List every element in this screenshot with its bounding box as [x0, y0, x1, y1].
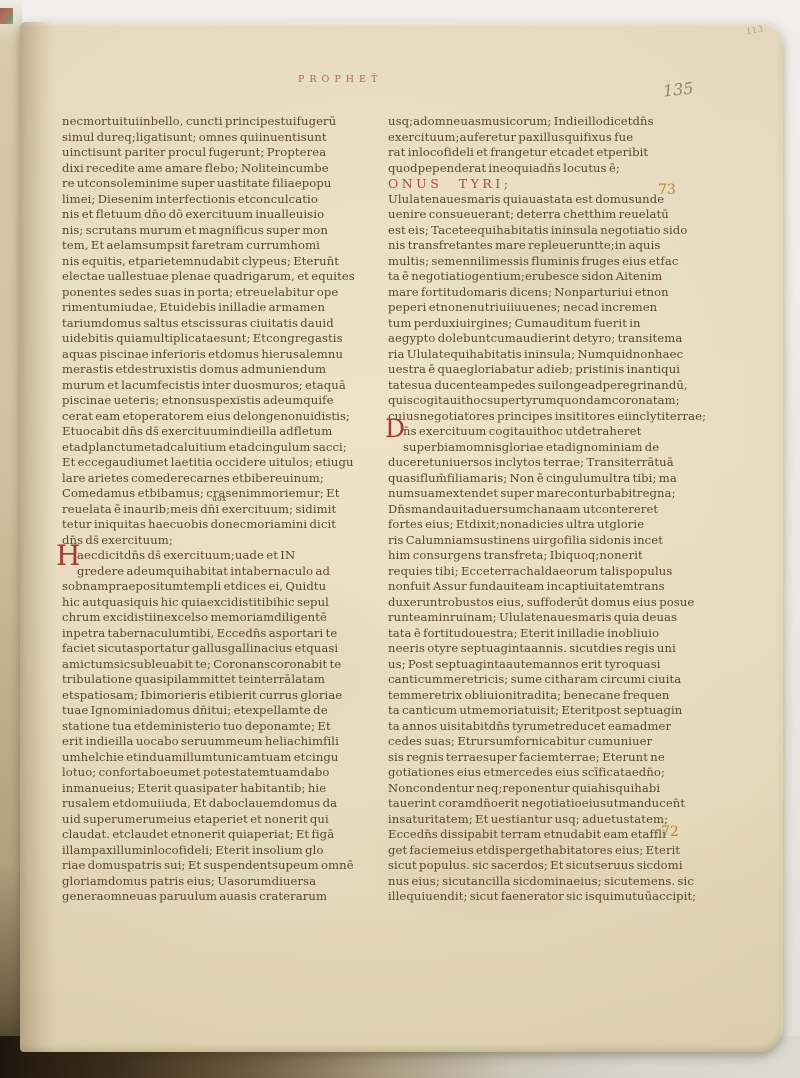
text-line: gloriamdomus patris eius; Uasorumdiuersa: [62, 874, 394, 890]
edge-decoration: [0, 8, 13, 24]
text-line: n̄s exercituum cogitauithoc utdetraheret: [388, 424, 718, 440]
text-line: amictumsicsubleuabit te; Coronanscoronab…: [62, 657, 394, 673]
text-line: cedes suas; Etrursumfornicabitur cumuniu…: [388, 734, 718, 750]
text-line: tariumdomus saltus etscissuras ciuitatis…: [62, 316, 394, 332]
text-line: canticummeretricis; sume citharam circum…: [388, 672, 718, 688]
text-line: etadplanctumetadcaluitium etadcingulum s…: [62, 440, 394, 456]
text-line: nis equitis, etparietemnudabit clypeus; …: [62, 254, 394, 270]
text-column-left: H uox necmortuituiinbello, cuncti princi…: [62, 114, 394, 905]
running-title: PROPHET̄: [298, 74, 382, 85]
text-line: dn̄s ds̄ exercituum;: [62, 533, 394, 549]
text-line: faciet sicutasportatur gallusgallinacius…: [62, 641, 394, 657]
text-line: ria Ululatequihabitatis ininsula; Numqui…: [388, 347, 718, 363]
text-line: tauerint coramdn̄oerit negotiatioeiusutm…: [388, 796, 718, 812]
text-line: quasiflum̄filiamaris; Non ē cingulumultr…: [388, 471, 718, 487]
interlinear-correction: uox: [212, 494, 226, 503]
text-line: ponentes sedes suas in porta; etreuelabi…: [62, 285, 394, 301]
text-line: get faciemeius etdispergethabitatores ei…: [388, 843, 718, 859]
text-line: Et eccegaudiumet laetitia occidere uitul…: [62, 455, 394, 471]
text-line: rimentumiudae, Etuidebis inilladie armam…: [62, 300, 394, 316]
chapter-heading: ONUS TYRI;: [388, 176, 718, 192]
text-line: uid superumerumeius etaperiet et nonerit…: [62, 812, 394, 828]
text-line: gotiationes eius etmercedes eius scīfica…: [388, 765, 718, 781]
text-line: uenire consueuerant; deterra chetthim re…: [388, 207, 718, 223]
text-line: tetur iniquitas haecuobis donecmoriamini…: [62, 517, 394, 533]
text-line: rusalem etdomuiiuda, Et daboclauemdomus …: [62, 796, 394, 812]
text-line: neeris otyre septuagintaannis. sicutdies…: [388, 641, 718, 657]
text-line: him consurgens transfreta; Ibiquoq;noner…: [388, 548, 718, 564]
text-line: limei; Diesenim interfectionis etconculc…: [62, 192, 394, 208]
text-column-right: usq;adomneuasmusicorum; Indieillodicetdn…: [388, 114, 718, 905]
text-line: merastis etdestruxistis domus admuniendu…: [62, 362, 394, 378]
text-line: nis transfretantes mare repleueruntte;in…: [388, 238, 718, 254]
text-line: ta annos uisitabitdn̄s tyrumetreducet ea…: [388, 719, 718, 735]
text-line: piscinae ueteris; etnonsuspexistis adeum…: [62, 393, 394, 409]
text-line: Comedamus etbibamus; crasenimmoriemur; E…: [62, 486, 394, 502]
text-line: multis; semennilimessis fluminis fruges …: [388, 254, 718, 270]
text-line: chrum excidistiinexcelso memoriamdiligen…: [62, 610, 394, 626]
text-line: etspatiosam; Ibimorieris etibierit curru…: [62, 688, 394, 704]
text-line: nonfuit Assur fundauiteam incaptiuitatem…: [388, 579, 718, 595]
text-line: cuiusnegotiatores principes insititores …: [388, 409, 718, 425]
text-line: statione tua etdeministerio tuo deponamt…: [62, 719, 394, 735]
text-line: numsuamextendet super mareconturbabitreg…: [388, 486, 718, 502]
text-line: mare fortitudomaris dicens; Nonparturiui…: [388, 285, 718, 301]
text-line: fortes eius; Etdixit;nonadicies ultra ut…: [388, 517, 718, 533]
text-line: us; Post septuagintaautemannos erit tyro…: [388, 657, 718, 673]
text-line: re utconsoleminime super uastitate filia…: [62, 176, 394, 192]
text-line: duxeruntrobustos eius, suffoderūt domus …: [388, 595, 718, 611]
text-line: runteaminruinam; Ululatenauesmaris quia …: [388, 610, 718, 626]
text-line: necmortuituiinbello, cuncti principestui…: [62, 114, 394, 130]
text-line: exercituum;auferetur paxillusquifixus fu…: [388, 130, 718, 146]
text-line: uinctisunt pariter procul fugerunt; Prop…: [62, 145, 394, 161]
text-line: aegypto dolebuntcumaudierint detyro; tra…: [388, 331, 718, 347]
text-line: riae domuspatris sui; Et suspendentsupeu…: [62, 858, 394, 874]
text-line: inmanueius; Eterit quasipater habitantib…: [62, 781, 394, 797]
text-line: sicut populus. sic sacerdos; Et sicutser…: [388, 858, 718, 874]
folio-number-pencil: 113: [745, 25, 764, 38]
text-line: gredere adeumquihabitat intabernaculo ad: [62, 564, 394, 580]
text-line: lare arietes comederecarnes etbibereuinu…: [62, 471, 394, 487]
text-line: reuelata ē inaurib;meis dn̄i exercituum;…: [62, 502, 394, 518]
photo-background: PROPHET̄ 113 135 73 72 H uox necmortuitu…: [0, 0, 800, 1078]
text-line: cerat eam etoperatorem eius delongenonui…: [62, 409, 394, 425]
text-line: ta canticum utmemoriatuisit; Eteritpost …: [388, 703, 718, 719]
text-line: Noncondentur neq;reponentur quiahisquiha…: [388, 781, 718, 797]
text-line: electae uallestuae plenae quadrigarum, e…: [62, 269, 394, 285]
text-line: rat inlocofideli et frangetur etcadet et…: [388, 145, 718, 161]
text-line: erit indieilla uocabo seruummeum heliach…: [62, 734, 394, 750]
text-line: illequiuendit; sicut faenerator sic isqu…: [388, 889, 718, 905]
folio-number-ink: 135: [662, 78, 694, 100]
rubricated-initial-H: H: [56, 542, 80, 570]
text-line: insaturitatem; Et uestiantur usq; aduetu…: [388, 812, 718, 828]
manuscript-page: PROPHET̄ 113 135 73 72 H uox necmortuitu…: [20, 22, 783, 1052]
text-line: quiscogitauithocsupertyrumquondamcoronat…: [388, 393, 718, 409]
text-line: aecdicitdn̄s ds̄ exercituum;uade et IN: [62, 548, 394, 564]
text-line: superbiamomnisgloriae etadignominiam de: [388, 440, 718, 456]
text-line: ris Calumniamsustinens uirgofilia sidoni…: [388, 533, 718, 549]
text-line: duceretuniuersos inclytos terrae; Transi…: [388, 455, 718, 471]
text-line: tem, Et aelamsumpsit faretram currumhomi: [62, 238, 394, 254]
text-line: est eis; Taceteequihabitatis ininsula ne…: [388, 223, 718, 239]
book-edge-left: [0, 0, 22, 1078]
text-line: requies tibi; Ecceterrachaldaeorum talis…: [388, 564, 718, 580]
rubricated-initial-D: D: [385, 416, 405, 441]
text-line: Dn̄smandauitaduersumchanaam utcontereret: [388, 502, 718, 518]
text-line: uidebitis quiamultiplicataesunt; Etcongr…: [62, 331, 394, 347]
text-line: peperi etnonenutriuiiuuenes; necad incre…: [388, 300, 718, 316]
text-line: tribulatione quasipilammittet teinterrāl…: [62, 672, 394, 688]
text-line: quodpependerat ineoquiadn̄s locutus ē;: [388, 161, 718, 177]
text-line: hic autquasiquis hic quiaexcidistitibihi…: [62, 595, 394, 611]
text-line: uestra ē quaegloriabatur adieb; pristini…: [388, 362, 718, 378]
text-line: aquas piscinae inferioris etdomus hierus…: [62, 347, 394, 363]
text-line: nus eius; sicutancilla sicdominaeius; si…: [388, 874, 718, 890]
text-line: ta ē negotiatiogentium;erubesce sidon Ai…: [388, 269, 718, 285]
text-line: usq;adomneuasmusicorum; Indieillodicetdn…: [388, 114, 718, 130]
text-line: sis regnis terraesuper faciemterrae; Ete…: [388, 750, 718, 766]
text-line: lotuo; confortaboeumet potestatemtuamdab…: [62, 765, 394, 781]
gutter-shadow: [20, 22, 56, 1052]
text-line: temmeretrix obliuionitradita; benecane f…: [388, 688, 718, 704]
text-line: tatesua ducenteampedes suilongeadperegri…: [388, 378, 718, 394]
text-line: tata ē fortitudouestra; Eterit inilladie…: [388, 626, 718, 642]
text-line: dixi recedite ame amare flebo; Noliteinc…: [62, 161, 394, 177]
text-line: tum perduxiuirgines; Cumauditum fuerit i…: [388, 316, 718, 332]
text-line: murum et lacumfecistis inter duosmuros; …: [62, 378, 394, 394]
text-line: claudat. etclaudet etnonerit quiaperiat;…: [62, 827, 394, 843]
text-line: nis et fletuum dn̄o dō exercituum inuall…: [62, 207, 394, 223]
text-line: generaomneuas paruulum auasis craterarum: [62, 889, 394, 905]
column-post-heading-lines: D Ululatenauesmaris quiauastata est domu…: [388, 192, 718, 905]
text-line: inpetra tabernaculumtibi, Eccedn̄s aspor…: [62, 626, 394, 642]
text-line: umhelchie etinduamillumtunicamtuam etcin…: [62, 750, 394, 766]
text-line: Ululatenauesmaris quiauastata est domusu…: [388, 192, 718, 208]
text-line: tuae Ignominiadomus dn̄itui; etexpellamt…: [62, 703, 394, 719]
text-line: sobnampraepositumtempli etdices ei, Quid…: [62, 579, 394, 595]
text-line: Eccedn̄s dissipabit terram etnudabit eam…: [388, 827, 718, 843]
text-line: illampaxilluminlocofideli; Eterit insoli…: [62, 843, 394, 859]
column-pre-heading-lines: usq;adomneuasmusicorum; Indieillodicetdn…: [388, 114, 718, 176]
text-line: simul dureq;ligatisunt; omnes quiinuenti…: [62, 130, 394, 146]
text-line: Etuocabit dn̄s ds̄ exercituumindieilla a…: [62, 424, 394, 440]
text-line: nis; scrutans murum et magnificus super …: [62, 223, 394, 239]
